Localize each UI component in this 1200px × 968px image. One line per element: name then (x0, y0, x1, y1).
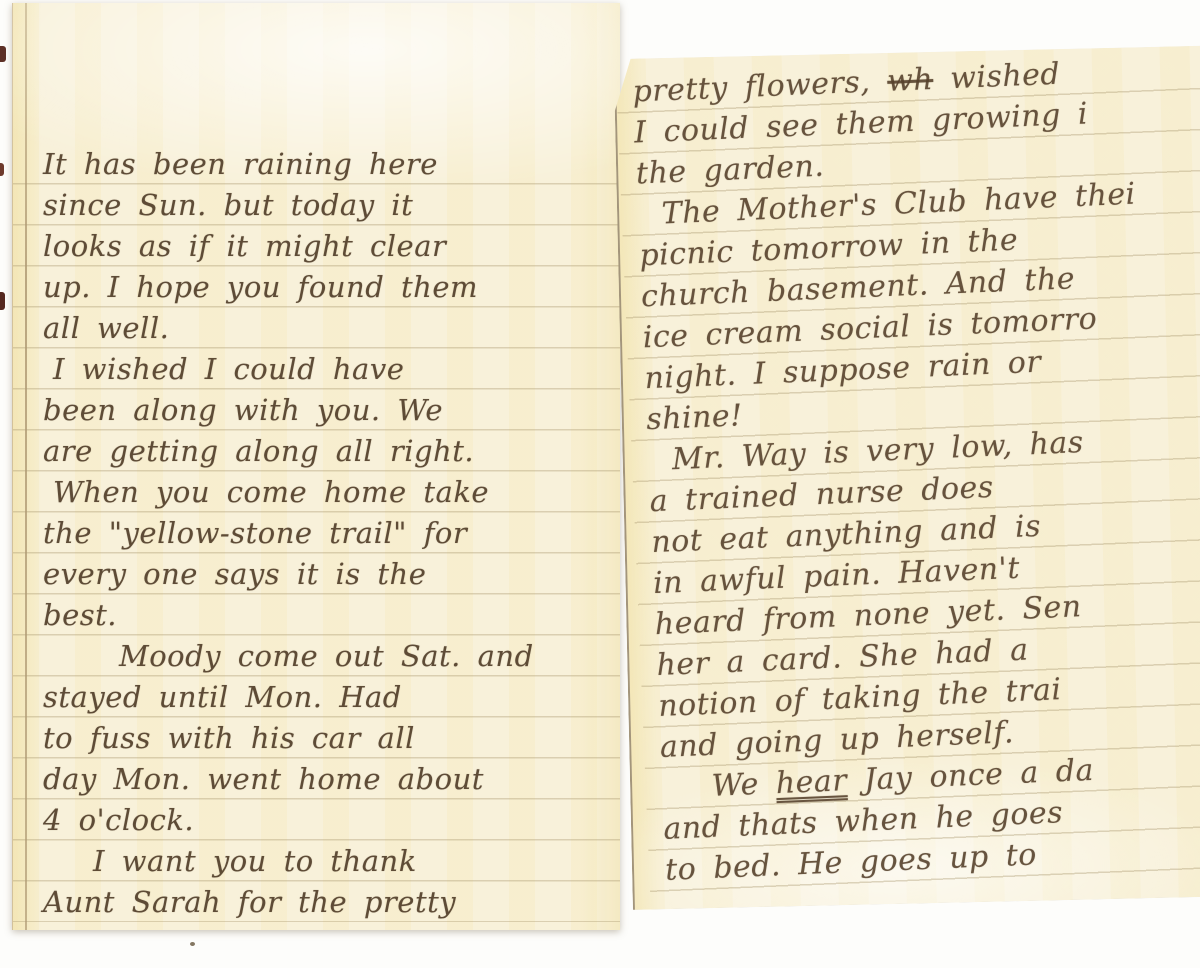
handwritten-line: all well. (43, 308, 620, 349)
handwritten-line: Aunt Sarah for the pretty (43, 882, 620, 923)
scan-speck-artifact (190, 942, 195, 946)
scan-edge-artifact (0, 163, 4, 176)
handwritten-line: I want you to thank (93, 841, 620, 882)
line-text: Jay once a da (846, 753, 1094, 798)
handwritten-line: It has been raining here (43, 144, 620, 185)
rule-lines-left: It has been raining here since Sun. but … (13, 144, 620, 922)
handwritten-line: the "yellow-stone trail" for (43, 513, 620, 554)
handwritten-line: best. (43, 595, 620, 636)
handwritten-line: stayed until Mon. Had (43, 677, 620, 718)
line-text: pretty flowers, (632, 64, 888, 110)
handwritten-line: looks as if it might clear (43, 226, 620, 267)
handwritten-line: to fuss with his car all (43, 718, 620, 759)
scan-edge-artifact (0, 46, 6, 62)
scan-edge-artifact (0, 292, 5, 310)
handwritten-line: When you come home take (53, 472, 620, 513)
rule-lines-right: pretty flowers, wh wished I could see th… (616, 46, 1200, 903)
line-text: We (711, 766, 777, 804)
struck-word: wh (887, 62, 934, 99)
underlined-word: hear (775, 763, 848, 801)
handwritten-line: 4 o'clock. (43, 800, 620, 841)
letter-page-left: It has been raining here since Sun. but … (12, 3, 620, 930)
letter-scan: 09.58.18 It has been raining here since … (0, 0, 1200, 968)
handwritten-line: every one says it is the (43, 554, 620, 595)
handwritten-line: day Mon. went home about (43, 759, 620, 800)
line-text: wished (932, 57, 1060, 97)
handwritten-line: since Sun. but today it (43, 185, 620, 226)
handwritten-line: been along with you. We (43, 390, 620, 431)
letter-page-right: pretty flowers, wh wished I could see th… (614, 45, 1200, 909)
handwritten-line: are getting along all right. (43, 431, 620, 472)
handwritten-line: Moody come out Sat. and (119, 636, 620, 677)
handwritten-line: I wished I could have (53, 349, 620, 390)
handwritten-line: up. I hope you found them (43, 267, 620, 308)
